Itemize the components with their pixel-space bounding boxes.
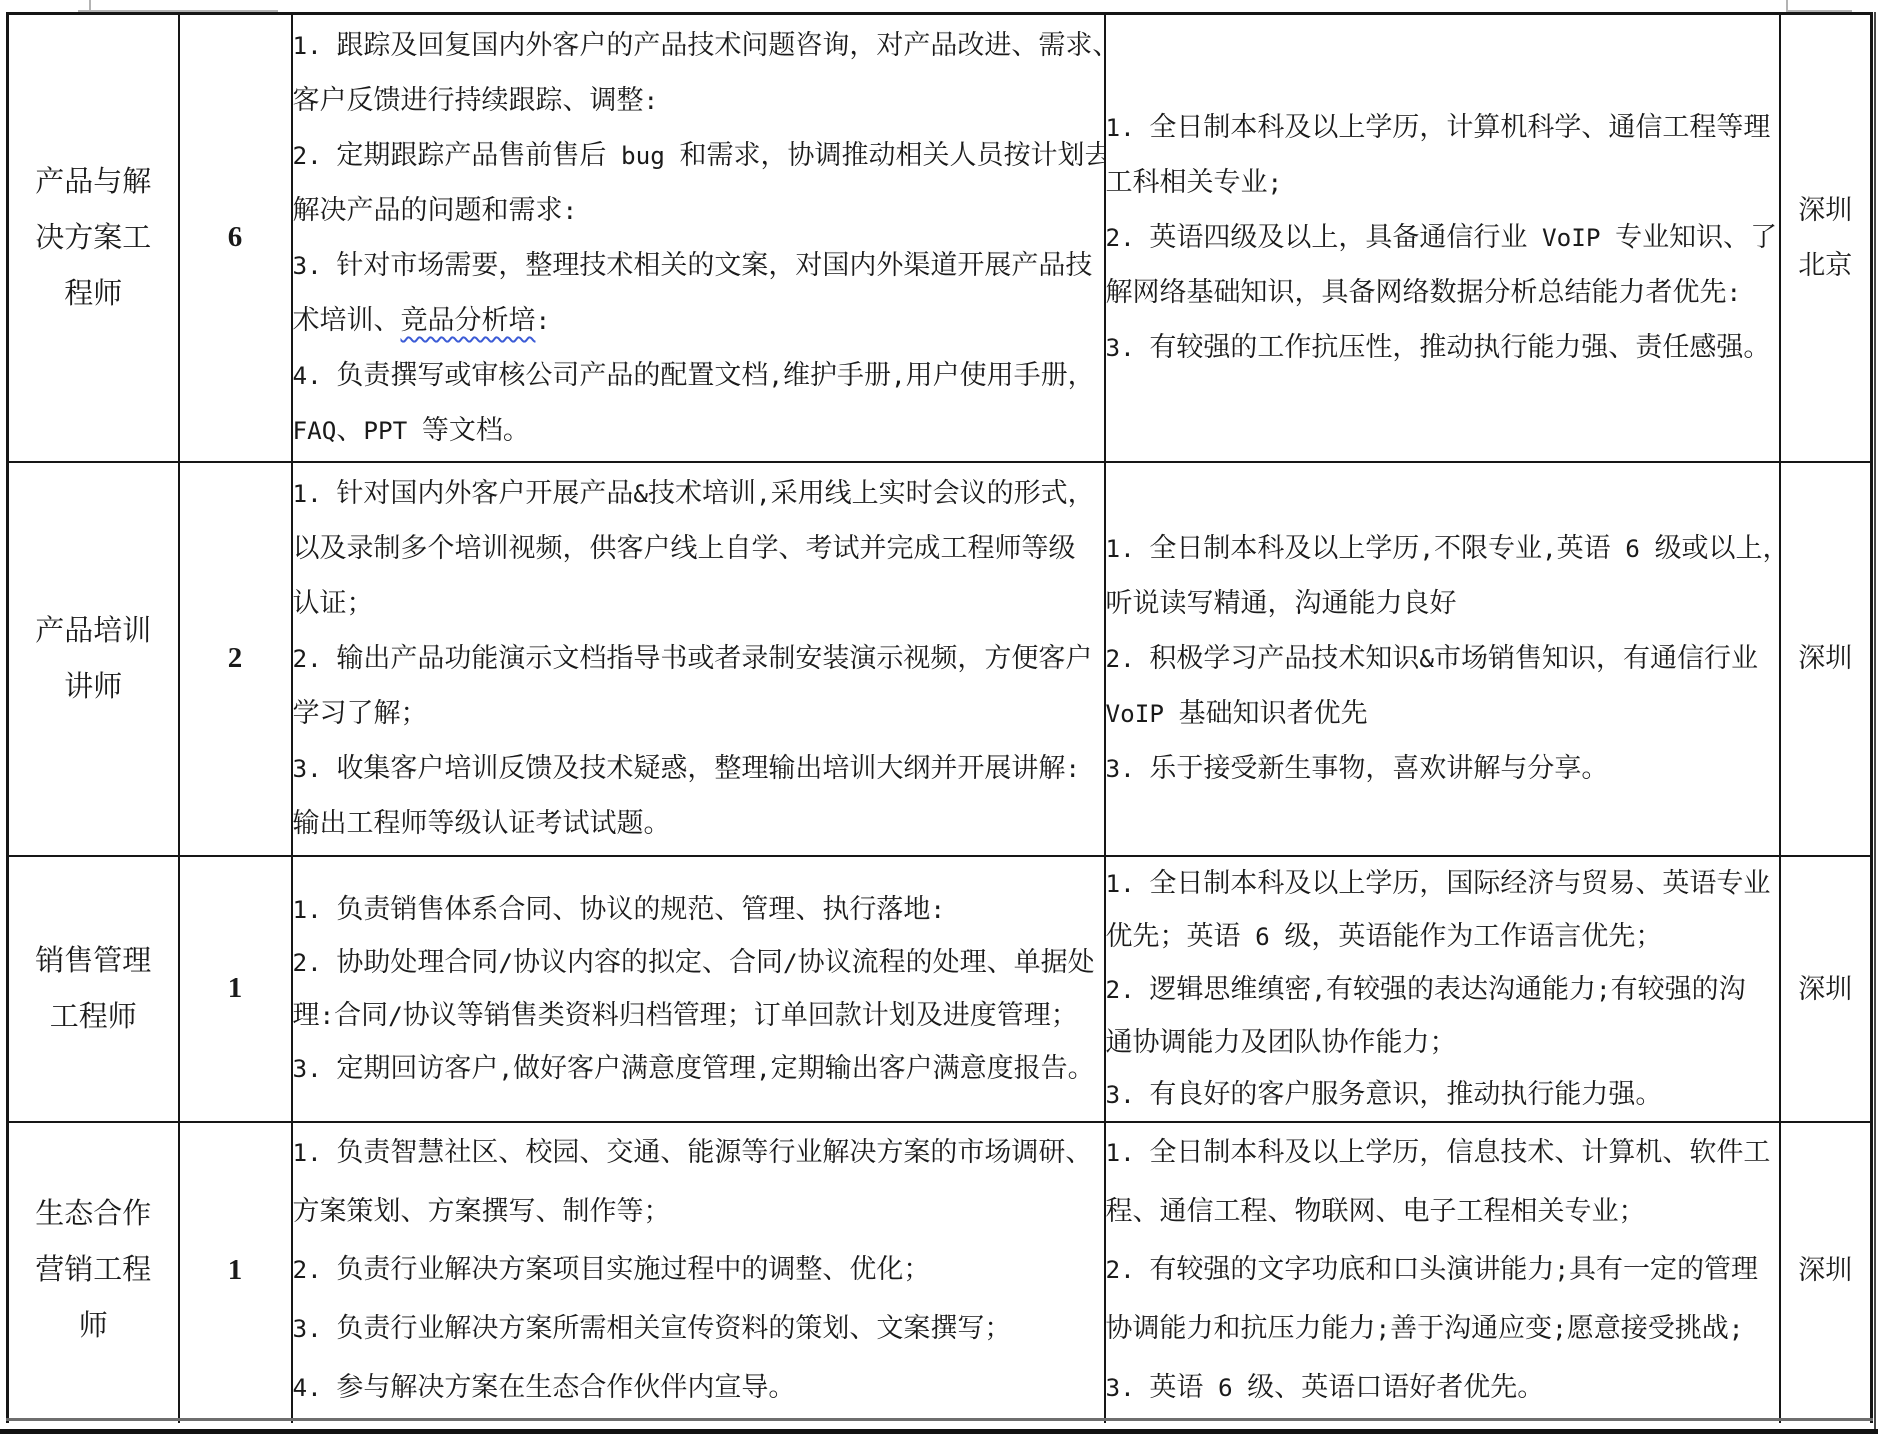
text-line: 1. 负责销售体系合同、协议的规范、管理、执行落地: — [293, 883, 1104, 936]
latin-text: , — [1542, 534, 1557, 563]
latin-text: VoIP — [1527, 223, 1615, 252]
location-cell[interactable]: 深圳 — [1780, 462, 1872, 856]
cut-off-cell — [179, 1420, 292, 1423]
text-line: 3. 收集客户培训反馈及技术疑惑，整理输出培训大纲并开展讲解: — [293, 741, 1104, 796]
text-line: 解决产品的问题和需求: — [293, 183, 1104, 238]
text-line: 3. 英语 6 级、英语口语好者优先。 — [1106, 1358, 1779, 1417]
text-line: 2. 输出产品功能演示文档指导书或者录制安装演示视频，方便客户 — [293, 631, 1104, 686]
latin-text: 1. — [1106, 113, 1150, 142]
latin-text: 3. — [293, 1054, 337, 1083]
text-line: 3. 有良好的客户服务意识，推动执行能力强。 — [1106, 1068, 1779, 1121]
headcount-cell[interactable]: 6 — [179, 14, 292, 462]
latin-text: , — [498, 1054, 513, 1083]
job-title-cell[interactable]: 产品培训讲师 — [8, 462, 179, 856]
text-line: FAQ、PPT 等文档。 — [293, 403, 1104, 458]
latin-text: ; — [1552, 1314, 1567, 1343]
text-line: 1. 针对国内外客户开展产品&技术培训,采用线上实时会议的形式， — [293, 466, 1104, 521]
latin-text: 1. — [293, 479, 337, 508]
latin-text: 2. — [1106, 975, 1150, 1004]
job-title-text: 产品培训讲师 — [32, 603, 154, 715]
latin-text: 3. — [1106, 754, 1150, 783]
latin-text: , — [756, 479, 771, 508]
text-line: 2. 积极学习产品技术知识&市场销售知识，有通信行业 — [1106, 631, 1779, 686]
text-line: 3. 负责行业解决方案所需相关宣传资料的策划、文案撰写； — [293, 1299, 1104, 1358]
latin-text: & — [1419, 644, 1434, 673]
requirements-cell[interactable]: 1. 全日制本科及以上学历,不限专业,英语 6 级或以上，听说读写精通，沟通能力… — [1105, 462, 1780, 856]
headcount-cell[interactable]: 2 — [179, 462, 292, 856]
text-line: 协调能力和抗压力能力;善于沟通应变;愿意接受挑战; — [1106, 1299, 1779, 1358]
text-line: 3. 针对市场需要，整理技术相关的文案，对国内外渠道开展产品技 — [293, 238, 1104, 293]
location-text: 深圳 — [1781, 183, 1871, 238]
text-line: 1. 全日制本科及以上学历，计算机科学、通信工程等理 — [1106, 100, 1779, 155]
duties-cell[interactable]: 1. 负责智慧社区、校园、交通、能源等行业解决方案的市场调研、方案策划、方案撰写… — [292, 1122, 1105, 1420]
cut-off-cell — [1105, 1420, 1780, 1423]
location-cell[interactable]: 深圳 — [1780, 1122, 1872, 1420]
cut-row-below-top-border — [0, 1429, 1878, 1434]
job-title-cell[interactable]: 销售管理工程师 — [8, 856, 179, 1122]
job-positions-table: 产品与解决方案工程师61. 跟踪及回复国内外客户的产品技术问题咨询，对产品改进、… — [6, 12, 1873, 1423]
text-line: VoIP 基础知识者优先 — [1106, 686, 1779, 741]
cut-off-cell — [1780, 1420, 1872, 1423]
latin-text: / — [783, 948, 798, 977]
text-line: 程、通信工程、物联网、电子工程相关专业； — [1106, 1182, 1779, 1240]
location-text: 深圳 — [1781, 631, 1871, 686]
text-line: 通协调能力及团队协作能力； — [1106, 1016, 1779, 1068]
text-line: 1. 负责智慧社区、校园、交通、能源等行业解决方案的市场调研、 — [293, 1123, 1104, 1182]
job-title-cell[interactable]: 生态合作营销工程师 — [8, 1122, 179, 1420]
text-line: 2. 逻辑思维缜密,有较强的表达沟通能力;有较强的沟 — [1106, 963, 1779, 1016]
text-line: 理:合同/协议等销售类资料归档管理；订单回款计划及进度管理； — [293, 989, 1104, 1042]
duties-cell[interactable]: 1. 跟踪及回复国内外客户的产品技术问题咨询，对产品改进、需求、客户反馈进行持续… — [292, 14, 1105, 462]
text-line: 方案策划、方案撰写、制作等； — [293, 1182, 1104, 1240]
latin-text: 6 — [1203, 1373, 1247, 1402]
text-line: 术培训、竞品分析培: — [293, 293, 1104, 348]
text-line: 听说读写精通，沟通能力良好 — [1106, 576, 1779, 631]
requirements-cell[interactable]: 1. 全日制本科及以上学历，信息技术、计算机、软件工程、通信工程、物联网、电子工… — [1105, 1122, 1780, 1420]
latin-text: 3. — [1106, 1080, 1150, 1109]
latin-text: ; — [1729, 1314, 1744, 1343]
latin-text: / — [498, 948, 513, 977]
text-line: 输出工程师等级认证考试试题。 — [293, 796, 1104, 851]
latin-text: 2. — [293, 644, 337, 673]
latin-text: FAQ — [293, 416, 337, 445]
text-line: 1. 跟踪及回复国内外客户的产品技术问题咨询，对产品改进、需求、 — [293, 18, 1104, 73]
requirements-cell[interactable]: 1. 全日制本科及以上学历，计算机科学、通信工程等理工科相关专业;2. 英语四级… — [1105, 14, 1780, 462]
latin-text: 2. — [293, 948, 337, 977]
text-line: 2. 协助处理合同/协议内容的拟定、合同/协议流程的处理、单据处 — [293, 936, 1104, 989]
latin-text: ; — [1376, 1314, 1391, 1343]
latin-text: : — [1065, 754, 1080, 783]
latin-text: ; — [1554, 1255, 1569, 1284]
text-line: 2. 英语四级及以上，具备通信行业 VoIP 专业知识、了 — [1106, 210, 1779, 265]
latin-text: 1. — [1106, 534, 1150, 563]
latin-text: & — [633, 479, 648, 508]
location-cell[interactable]: 深圳 — [1780, 856, 1872, 1122]
table-row: 产品与解决方案工程师61. 跟踪及回复国内外客户的产品技术问题咨询，对产品改进、… — [8, 14, 1872, 462]
text-line: 1. 全日制本科及以上学历，国际经济与贸易、英语专业 — [1106, 857, 1779, 910]
spellcheck-wavy-underline-text: 竞品分析培 — [401, 305, 536, 335]
job-title-text: 销售管理工程师 — [32, 933, 154, 1045]
latin-text: 1. — [293, 895, 337, 924]
job-title-cell[interactable]: 产品与解决方案工程师 — [8, 14, 179, 462]
location-text: 深圳 — [1781, 963, 1871, 1015]
latin-text: : — [536, 306, 551, 335]
location-text: 深圳 — [1781, 1241, 1871, 1299]
latin-text: : — [644, 86, 659, 115]
text-line: 2. 负责行业解决方案项目实施过程中的调整、优化； — [293, 1240, 1104, 1299]
latin-text: : — [320, 1001, 335, 1030]
headcount-cell[interactable]: 1 — [179, 856, 292, 1122]
text-line: 客户反馈进行持续跟踪、调整: — [293, 73, 1104, 128]
text-line: 以及录制多个培训视频，供客户线上自学、考试并完成工程师等级 — [293, 521, 1104, 576]
text-line: 优先；英语 6 级，英语能作为工作语言优先； — [1106, 910, 1779, 963]
location-cell[interactable]: 深圳北京 — [1780, 14, 1872, 462]
latin-text: PPT — [363, 416, 422, 445]
latin-text: 6 — [1611, 534, 1655, 563]
latin-text: ; — [1268, 168, 1283, 197]
text-line: 2. 定期跟踪产品售前售后 bug 和需求，协调推动相关人员按计划去 — [293, 128, 1104, 183]
cut-off-cell — [8, 1420, 179, 1423]
text-line: 3. 有较强的工作抗压性，推动执行能力强、责任感强。 — [1106, 320, 1779, 375]
latin-text: VoIP — [1106, 699, 1179, 728]
latin-text: , — [756, 1054, 771, 1083]
cut-off-table-row — [8, 1420, 1872, 1423]
latin-text: 1. — [293, 1138, 337, 1167]
latin-text: 2. — [293, 1255, 337, 1284]
latin-text: 2. — [1106, 1255, 1150, 1284]
text-line: 1. 全日制本科及以上学历,不限专业,英语 6 级或以上， — [1106, 521, 1779, 576]
latin-text: 1. — [1106, 869, 1150, 898]
latin-text: , — [1311, 975, 1326, 1004]
text-line: 1. 全日制本科及以上学历，信息技术、计算机、软件工 — [1106, 1123, 1779, 1182]
location-text: 北京 — [1781, 238, 1871, 293]
text-line: 3. 定期回访客户,做好客户满意度管理,定期输出客户满意度报告。 — [293, 1042, 1104, 1095]
job-title-text: 生态合作营销工程师 — [32, 1186, 154, 1354]
requirements-cell[interactable]: 1. 全日制本科及以上学历，国际经济与贸易、英语专业优先；英语 6 级，英语能作… — [1105, 856, 1780, 1122]
latin-text: 6 — [1241, 922, 1285, 951]
latin-text: , — [891, 361, 906, 390]
latin-text: 3. — [293, 251, 337, 280]
text-line: 学习了解； — [293, 686, 1104, 741]
table-row: 销售管理工程师11. 负责销售体系合同、协议的规范、管理、执行落地:2. 协助处… — [8, 856, 1872, 1122]
latin-text: : — [930, 895, 945, 924]
latin-text: 4. — [293, 361, 337, 390]
text-line: 4. 参与解决方案在生态合作伙伴内宣导。 — [293, 1358, 1104, 1417]
latin-text: 3. — [1106, 333, 1150, 362]
text-line: 4. 负责撰写或审核公司产品的配置文档,维护手册,用户使用手册， — [293, 348, 1104, 403]
latin-text: , — [768, 361, 783, 390]
cut-off-cell — [292, 1420, 1105, 1423]
duties-cell[interactable]: 1. 负责销售体系合同、协议的规范、管理、执行落地:2. 协助处理合同/协议内容… — [292, 856, 1105, 1122]
table-row: 产品培训讲师21. 针对国内外客户开展产品&技术培训,采用线上实时会议的形式，以… — [8, 462, 1872, 856]
latin-text: 3. — [293, 1314, 337, 1343]
latin-text: : — [1727, 278, 1742, 307]
latin-text: 2. — [1106, 223, 1150, 252]
text-line: 工科相关专业; — [1106, 155, 1779, 210]
document-page: 产品与解决方案工程师61. 跟踪及回复国内外客户的产品技术问题咨询，对产品改进、… — [0, 0, 1881, 1434]
text-line: 2. 有较强的文字功底和口头演讲能力;具有一定的管理 — [1106, 1240, 1779, 1299]
table-row: 生态合作营销工程师11. 负责智慧社区、校园、交通、能源等行业解决方案的市场调研… — [8, 1122, 1872, 1420]
latin-text: 3. — [293, 754, 337, 783]
text-line: 认证； — [293, 576, 1104, 631]
latin-text: / — [388, 1001, 403, 1030]
latin-text: bug — [606, 141, 679, 170]
text-line: 3. 乐于接受新生事物，喜欢讲解与分享。 — [1106, 741, 1779, 796]
latin-text: 4. — [293, 1373, 337, 1402]
latin-text: , — [1419, 534, 1434, 563]
job-title-text: 产品与解决方案工程师 — [32, 154, 154, 322]
latin-text: 1. — [1106, 1138, 1150, 1167]
headcount-cell[interactable]: 1 — [179, 1122, 292, 1420]
latin-text: 3. — [1106, 1373, 1150, 1402]
latin-text: 2. — [293, 141, 337, 170]
text-line: 解网络基础知识，具备网络数据分析总结能力者优先: — [1106, 265, 1779, 320]
latin-text: 2. — [1106, 644, 1150, 673]
latin-text: 1. — [293, 31, 337, 60]
latin-text: : — [563, 196, 578, 225]
latin-text: ; — [1596, 975, 1611, 1004]
duties-cell[interactable]: 1. 针对国内外客户开展产品&技术培训,采用线上实时会议的形式，以及录制多个培训… — [292, 462, 1105, 856]
page-right-edge-line — [1874, 12, 1876, 1434]
